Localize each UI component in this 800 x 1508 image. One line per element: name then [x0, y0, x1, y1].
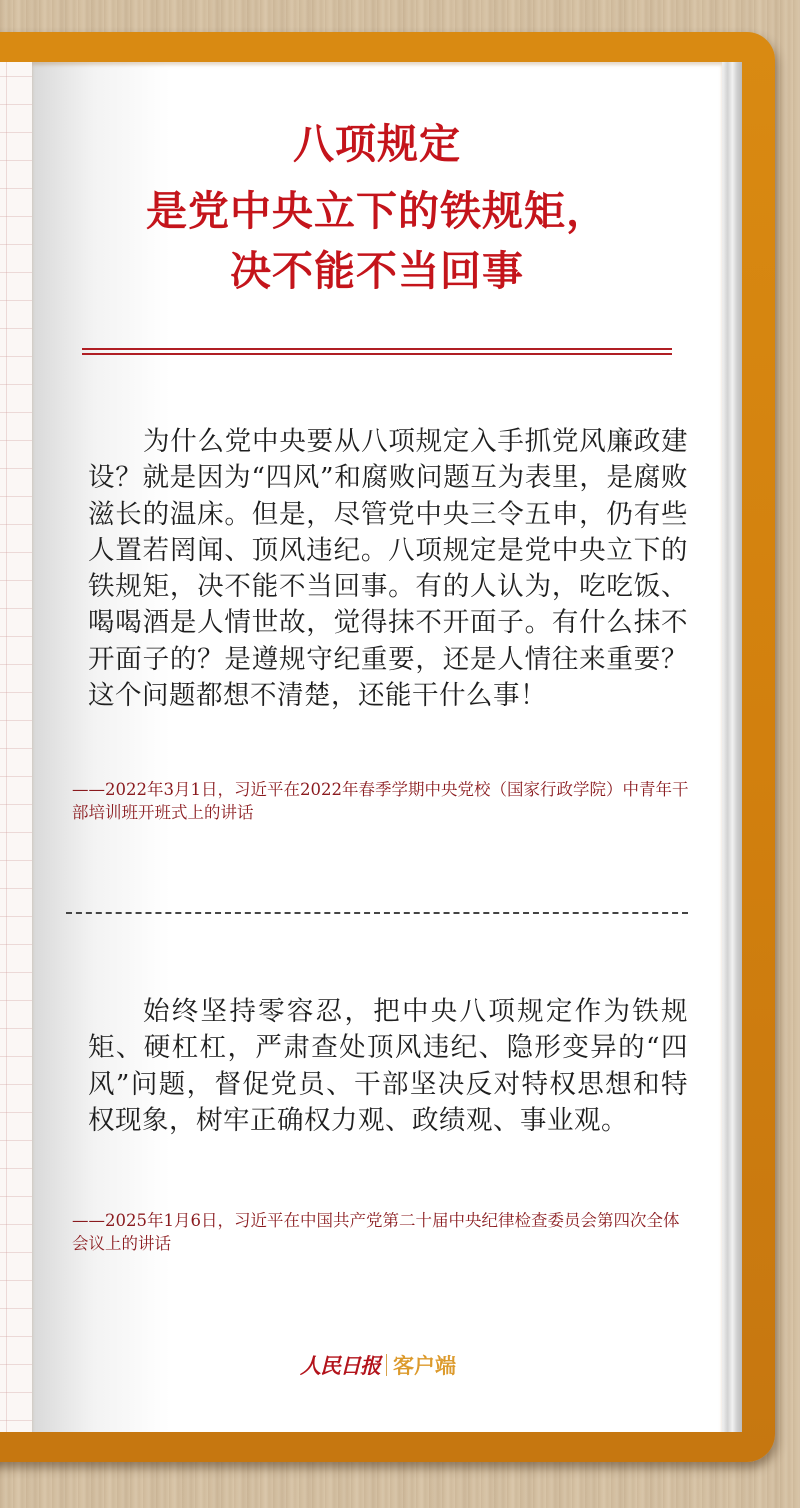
logo-client-label: 客户端: [393, 1350, 456, 1380]
title-line-2: 是党中央立下的铁规矩，: [32, 191, 722, 232]
grid-paper-edge: [0, 62, 34, 1432]
logo-paper-name: 人民日报: [300, 1350, 380, 1380]
logo-separator: [386, 1354, 387, 1376]
quote-2-text: 始终坚持零容忍，把中央八项规定作为铁规矩、硬杠杠，严肃查处顶风违纪、隐形变异的“…: [88, 994, 688, 1139]
title-divider: [82, 348, 672, 355]
title-line-1: 八项规定: [32, 124, 722, 165]
quote-2-citation: ——2025年1月6日，习近平在中国共产党第二十届中央纪律检查委员会第四次全体会…: [72, 1209, 692, 1255]
title-line-3: 决不能不当回事: [32, 251, 722, 292]
quote-1-text: 为什么党中央要从八项规定入手抓党风廉政建设？就是因为“四风”和腐败问题互为表里，…: [88, 424, 688, 714]
quote-1-citation: ——2022年3月1日，习近平在2022年春季学期中央党校（国家行政学院）中青年…: [72, 778, 692, 824]
peoples-daily-client-logo: 人民日报 客户端: [300, 1350, 456, 1380]
section-divider-dashed: [66, 912, 688, 914]
